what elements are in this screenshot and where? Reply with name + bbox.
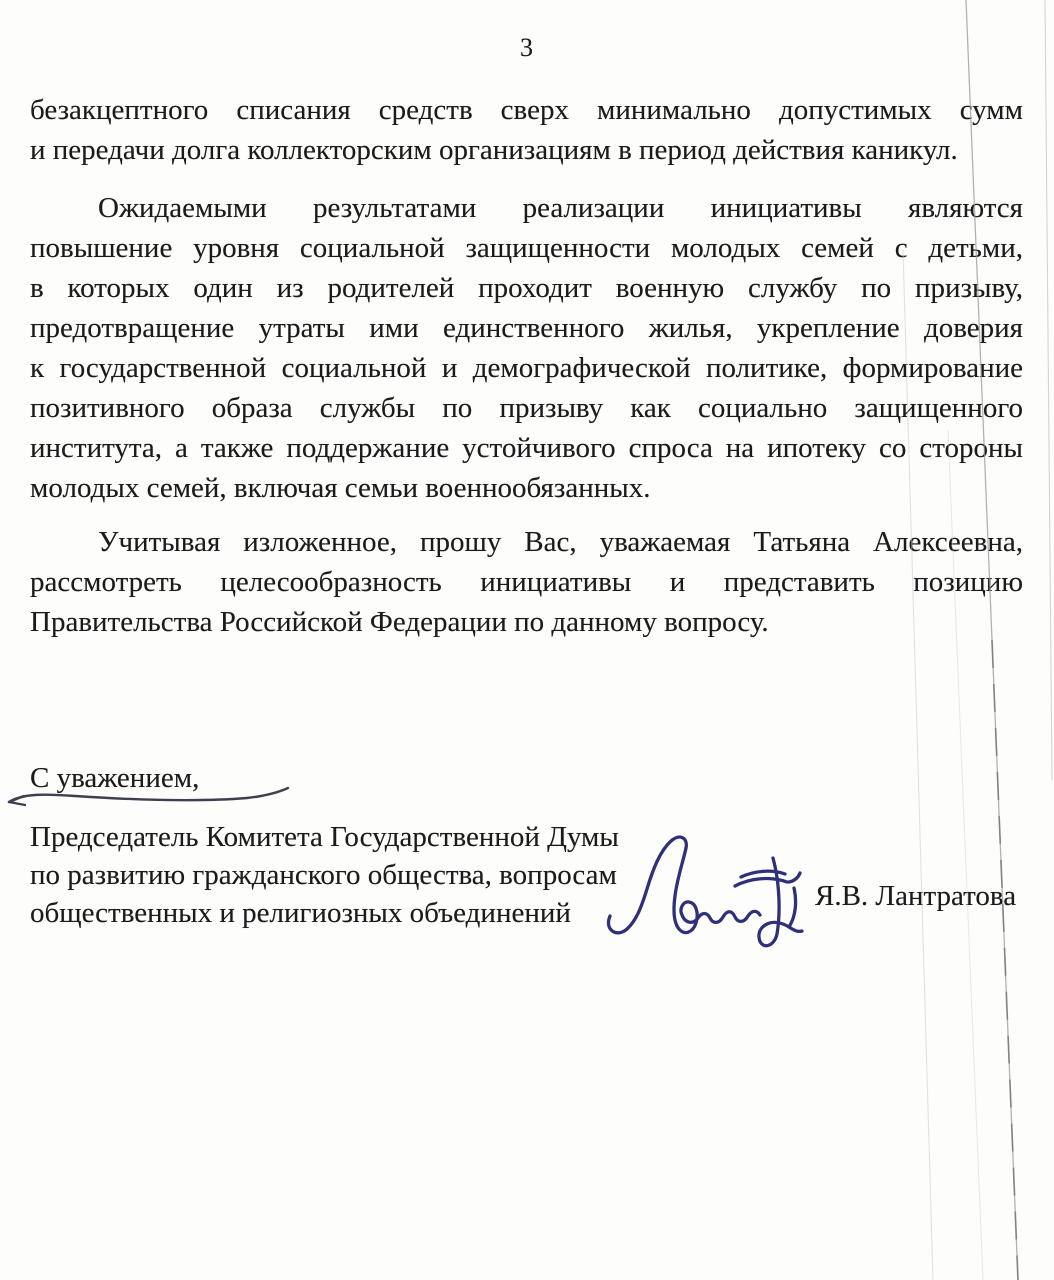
body-line: рассмотреть целесообразность инициативы … bbox=[30, 562, 1023, 602]
signer-title-line: Председатель Комитета Государственной Ду… bbox=[30, 818, 1023, 856]
body-line: Учитывая изложенное, прошу Вас, уважаема… bbox=[30, 522, 1023, 562]
body-line: безакцептного списания средств сверх мин… bbox=[30, 90, 1023, 130]
signer-name: Я.В. Лантратова bbox=[815, 876, 1016, 916]
paragraph-request: Учитывая изложенное, прошу Вас, уважаема… bbox=[30, 522, 1023, 642]
body-line: института, а также поддержание устойчиво… bbox=[30, 428, 1023, 468]
body-line: повышение уровня социальной защищенности… bbox=[30, 228, 1023, 268]
letter-content: 3 безакцептного списания средств сверх м… bbox=[30, 34, 1023, 932]
body-line: предотвращение утраты ими единственного … bbox=[30, 308, 1023, 348]
body-line: Ожидаемыми результатами реализации иници… bbox=[30, 188, 1023, 228]
paragraph-loan-holidays: безакцептного списания средств сверх мин… bbox=[30, 90, 1023, 170]
paragraph-expected-results: Ожидаемыми результатами реализации иници… bbox=[30, 188, 1023, 508]
body-line: позитивного образа службы по призыву как… bbox=[30, 388, 1023, 428]
body-line: в которых один из родителей проходит вое… bbox=[30, 268, 1023, 308]
body-line: молодых семей, включая семьи военнообяза… bbox=[30, 468, 1023, 508]
scanned-letter-page: 3 безакцептного списания средств сверх м… bbox=[0, 0, 1054, 1280]
body-line: и передачи долга коллекторским организац… bbox=[30, 130, 1023, 170]
body-line: к государственной социальной и демографи… bbox=[30, 348, 1023, 388]
body-line: Правительства Российской Федерации по да… bbox=[30, 602, 1023, 642]
page-number: 3 bbox=[30, 34, 1023, 62]
salutation: С уважением, bbox=[30, 758, 1023, 798]
